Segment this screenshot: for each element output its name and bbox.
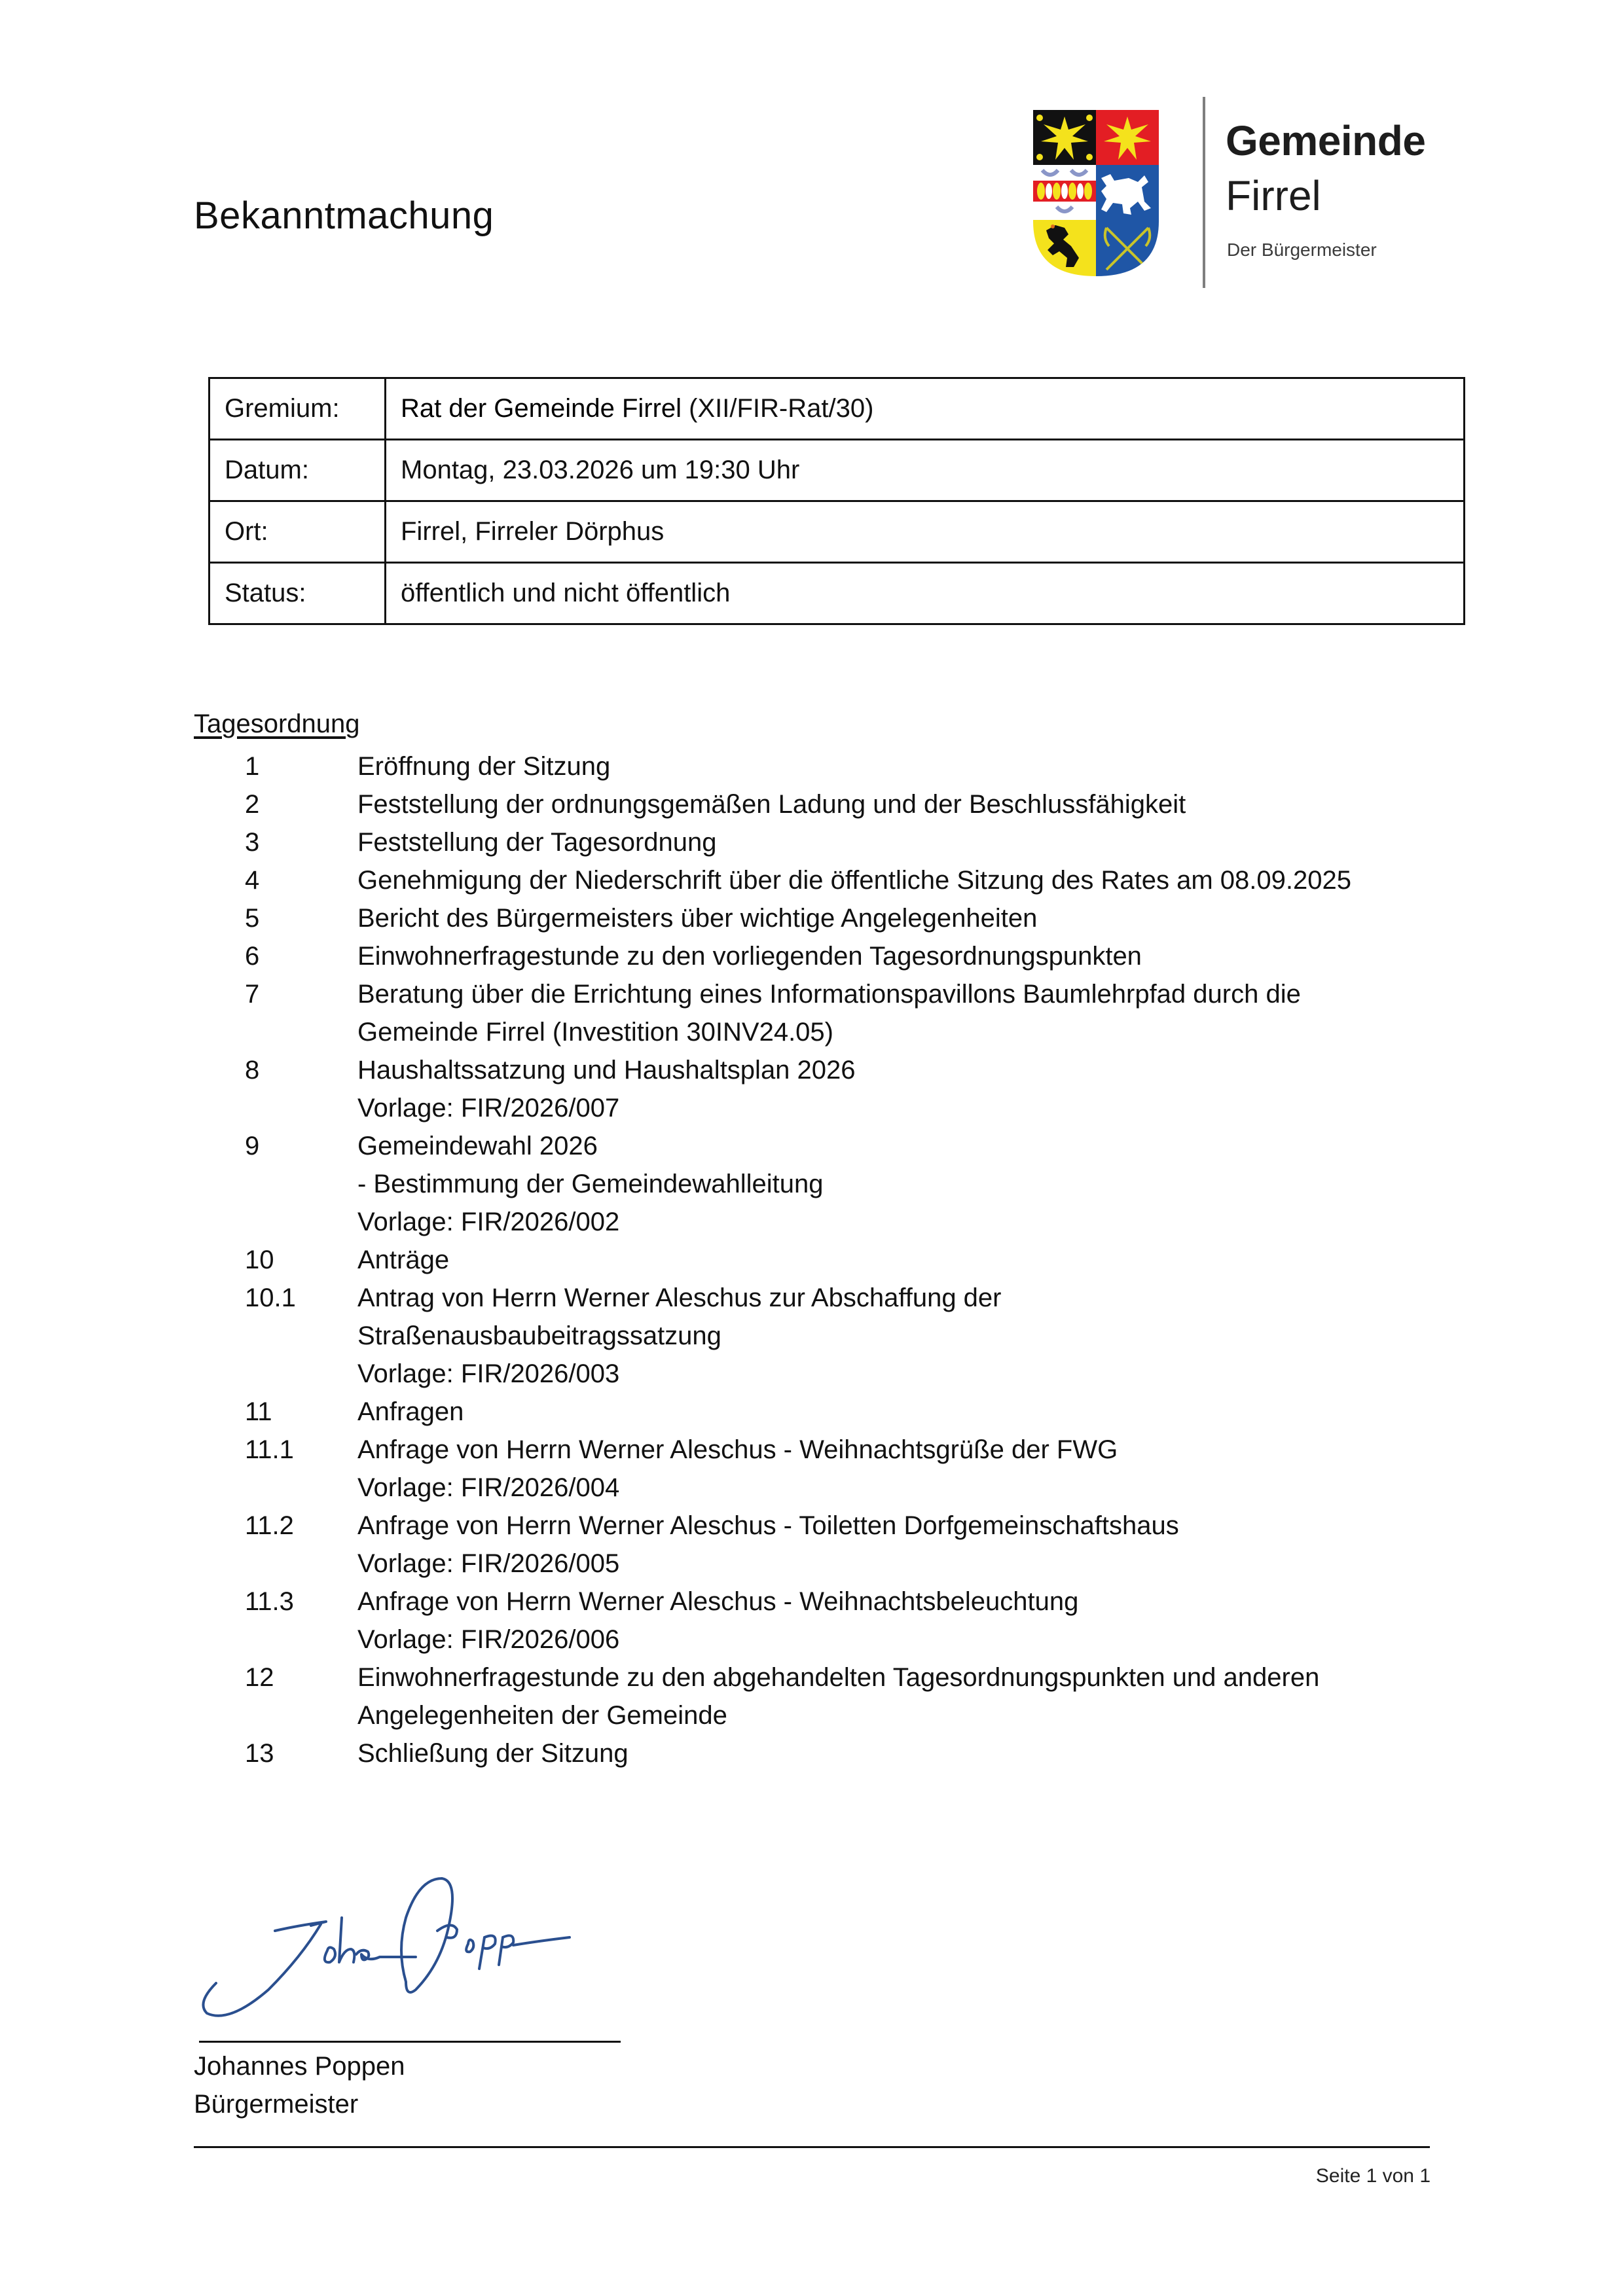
agenda-item-text: Einwohnerfragestunde zu den vorliegenden… — [357, 937, 1470, 975]
agenda-item-line: Bericht des Bürgermeisters über wichtige… — [357, 899, 1470, 937]
agenda-item-line: Vorlage: FIR/2026/002 — [357, 1203, 1470, 1241]
agenda-item-text: Einwohnerfragestunde zu den abgehandelte… — [357, 1659, 1470, 1734]
agenda-item-line: Vorlage: FIR/2026/003 — [357, 1355, 1470, 1393]
agenda-item-text: Anträge — [357, 1241, 1470, 1279]
agenda-item-text: Anfrage von Herrn Werner Aleschus - Weih… — [357, 1431, 1470, 1507]
coat-of-arms-icon — [1033, 110, 1159, 276]
logo-municipality-label: Gemeinde — [1226, 117, 1425, 165]
agenda-item-text: Bericht des Bürgermeisters über wichtige… — [357, 899, 1470, 937]
agenda-item-line: Haushaltssatzung und Haushaltsplan 2026 — [357, 1051, 1470, 1089]
info-label: Datum: — [210, 440, 386, 501]
agenda-item-number: 4 — [194, 861, 357, 899]
page-number: Seite 1 von 1 — [1316, 2165, 1431, 2187]
agenda-item-number: 12 — [194, 1659, 357, 1734]
agenda-item-line: Eröffnung der Sitzung — [357, 747, 1470, 785]
agenda-item-line: Antrag von Herrn Werner Aleschus zur Abs… — [357, 1279, 1470, 1317]
agenda-item: 10Anträge — [194, 1241, 1470, 1279]
agenda-item-line: Feststellung der ordnungsgemäßen Ladung … — [357, 785, 1470, 823]
agenda-item: 7Beratung über die Errichtung eines Info… — [194, 975, 1470, 1051]
agenda-item-text: Anfrage von Herrn Werner Aleschus - Toil… — [357, 1507, 1470, 1583]
meeting-info-table: Gremium: Rat der Gemeinde Firrel (XII/FI… — [208, 377, 1465, 625]
agenda-item: 11Anfragen — [194, 1393, 1470, 1431]
agenda-item-line: Angelegenheiten der Gemeinde — [357, 1696, 1470, 1734]
agenda-list: 1Eröffnung der Sitzung2Feststellung der … — [194, 747, 1470, 1772]
agenda-item-line: Gemeinde Firrel (Investition 30INV24.05) — [357, 1013, 1470, 1051]
agenda-item-line: - Bestimmung der Gemeindewahlleitung — [357, 1165, 1470, 1203]
agenda-item-line: Beratung über die Errichtung eines Infor… — [357, 975, 1470, 1013]
info-row-date: Datum: Montag, 23.03.2026 um 19:30 Uhr — [210, 440, 1465, 501]
info-label: Gremium: — [210, 378, 386, 440]
agenda-item-number: 9 — [194, 1127, 357, 1241]
agenda-item-number: 11 — [194, 1393, 357, 1431]
logo-divider — [1203, 97, 1205, 288]
logo-office-label: Der Bürgermeister — [1227, 240, 1377, 260]
agenda-item: 11.1Anfrage von Herrn Werner Aleschus - … — [194, 1431, 1470, 1507]
signer-name: Johannes Poppen — [194, 2047, 405, 2085]
agenda-item-line: Anfrage von Herrn Werner Aleschus - Weih… — [357, 1583, 1470, 1621]
agenda-item-line: Feststellung der Tagesordnung — [357, 823, 1470, 861]
agenda-item: 1Eröffnung der Sitzung — [194, 747, 1470, 785]
agenda-item-line: Straßenausbaubeitragssatzung — [357, 1317, 1470, 1355]
agenda-item-number: 2 — [194, 785, 357, 823]
signature-line — [199, 2041, 621, 2043]
agenda-item-number: 11.1 — [194, 1431, 357, 1507]
agenda-item-text: Beratung über die Errichtung eines Infor… — [357, 975, 1470, 1051]
agenda-item-line: Schließung der Sitzung — [357, 1734, 1470, 1772]
agenda-item-number: 5 — [194, 899, 357, 937]
agenda-item-text: Feststellung der ordnungsgemäßen Ladung … — [357, 785, 1470, 823]
info-value: Rat der Gemeinde Firrel (XII/FIR-Rat/30) — [386, 378, 1465, 440]
agenda-item-text: Eröffnung der Sitzung — [357, 747, 1470, 785]
agenda-item-number: 11.2 — [194, 1507, 357, 1583]
logo-municipality-name: Firrel — [1226, 171, 1321, 220]
agenda-item-line: Anträge — [357, 1241, 1470, 1279]
agenda-item: 10.1Antrag von Herrn Werner Aleschus zur… — [194, 1279, 1470, 1393]
agenda-item-text: Genehmigung der Niederschrift über die ö… — [357, 861, 1470, 899]
agenda-item: 12Einwohnerfragestunde zu den abgehandel… — [194, 1659, 1470, 1734]
agenda-item-number: 8 — [194, 1051, 357, 1127]
agenda-item-number: 10 — [194, 1241, 357, 1279]
agenda-item-line: Vorlage: FIR/2026/004 — [357, 1469, 1470, 1507]
agenda-item: 5Bericht des Bürgermeisters über wichtig… — [194, 899, 1470, 937]
info-label: Ort: — [210, 501, 386, 563]
agenda-item-number: 3 — [194, 823, 357, 861]
agenda-item-number: 7 — [194, 975, 357, 1051]
agenda-item-text: Gemeindewahl 2026- Bestimmung der Gemein… — [357, 1127, 1470, 1241]
agenda-item-line: Gemeindewahl 2026 — [357, 1127, 1470, 1165]
agenda-item: 4Genehmigung der Niederschrift über die … — [194, 861, 1470, 899]
agenda-heading: Tagesordnung — [194, 709, 360, 739]
footer-divider — [194, 2146, 1430, 2148]
agenda-item-line: Einwohnerfragestunde zu den vorliegenden… — [357, 937, 1470, 975]
info-label: Status: — [210, 563, 386, 624]
agenda-item-number: 13 — [194, 1734, 357, 1772]
info-value: Firrel, Firreler Dörphus — [386, 501, 1465, 563]
agenda-item-line: Vorlage: FIR/2026/007 — [357, 1089, 1470, 1127]
agenda-item: 2Feststellung der ordnungsgemäßen Ladung… — [194, 785, 1470, 823]
info-row-location: Ort: Firrel, Firreler Dörphus — [210, 501, 1465, 563]
info-row-status: Status: öffentlich und nicht öffentlich — [210, 563, 1465, 624]
agenda-item: 9Gemeindewahl 2026- Bestimmung der Gemei… — [194, 1127, 1470, 1241]
agenda-item-number: 1 — [194, 747, 357, 785]
agenda-item-text: Feststellung der Tagesordnung — [357, 823, 1470, 861]
agenda-item-line: Anfrage von Herrn Werner Aleschus - Toil… — [357, 1507, 1470, 1545]
agenda-item-line: Anfrage von Herrn Werner Aleschus - Weih… — [357, 1431, 1470, 1469]
agenda-item-text: Schließung der Sitzung — [357, 1734, 1470, 1772]
agenda-item-text: Antrag von Herrn Werner Aleschus zur Abs… — [357, 1279, 1470, 1393]
info-value: öffentlich und nicht öffentlich — [386, 563, 1465, 624]
committee-name: Rat der Gemeinde Firrel — [401, 394, 682, 423]
agenda-item-number: 6 — [194, 937, 357, 975]
agenda-item: 6Einwohnerfragestunde zu den vorliegende… — [194, 937, 1470, 975]
page-title: Bekanntmachung — [194, 194, 494, 238]
agenda-item: 13Schließung der Sitzung — [194, 1734, 1470, 1772]
handwritten-signature-icon — [190, 1852, 674, 2022]
agenda-item: 8Haushaltssatzung und Haushaltsplan 2026… — [194, 1051, 1470, 1127]
agenda-item: 11.3Anfrage von Herrn Werner Aleschus - … — [194, 1583, 1470, 1659]
agenda-item: 11.2Anfrage von Herrn Werner Aleschus - … — [194, 1507, 1470, 1583]
agenda-item-number: 11.3 — [194, 1583, 357, 1659]
agenda-item-line: Einwohnerfragestunde zu den abgehandelte… — [357, 1659, 1470, 1696]
info-row-committee: Gremium: Rat der Gemeinde Firrel (XII/FI… — [210, 378, 1465, 440]
agenda-item-line: Genehmigung der Niederschrift über die ö… — [357, 861, 1470, 899]
agenda-item-line: Vorlage: FIR/2026/006 — [357, 1621, 1470, 1659]
info-value: Montag, 23.03.2026 um 19:30 Uhr — [386, 440, 1465, 501]
agenda-item-line: Anfragen — [357, 1393, 1470, 1431]
signer-title: Bürgermeister — [194, 2085, 358, 2123]
agenda-item-text: Anfrage von Herrn Werner Aleschus - Weih… — [357, 1583, 1470, 1659]
agenda-item-line: Vorlage: FIR/2026/005 — [357, 1545, 1470, 1583]
agenda-item-text: Haushaltssatzung und Haushaltsplan 2026V… — [357, 1051, 1470, 1127]
agenda-item-number: 10.1 — [194, 1279, 357, 1393]
agenda-item: 3Feststellung der Tagesordnung — [194, 823, 1470, 861]
committee-code: (XII/FIR-Rat/30) — [682, 394, 873, 423]
agenda-item-text: Anfragen — [357, 1393, 1470, 1431]
